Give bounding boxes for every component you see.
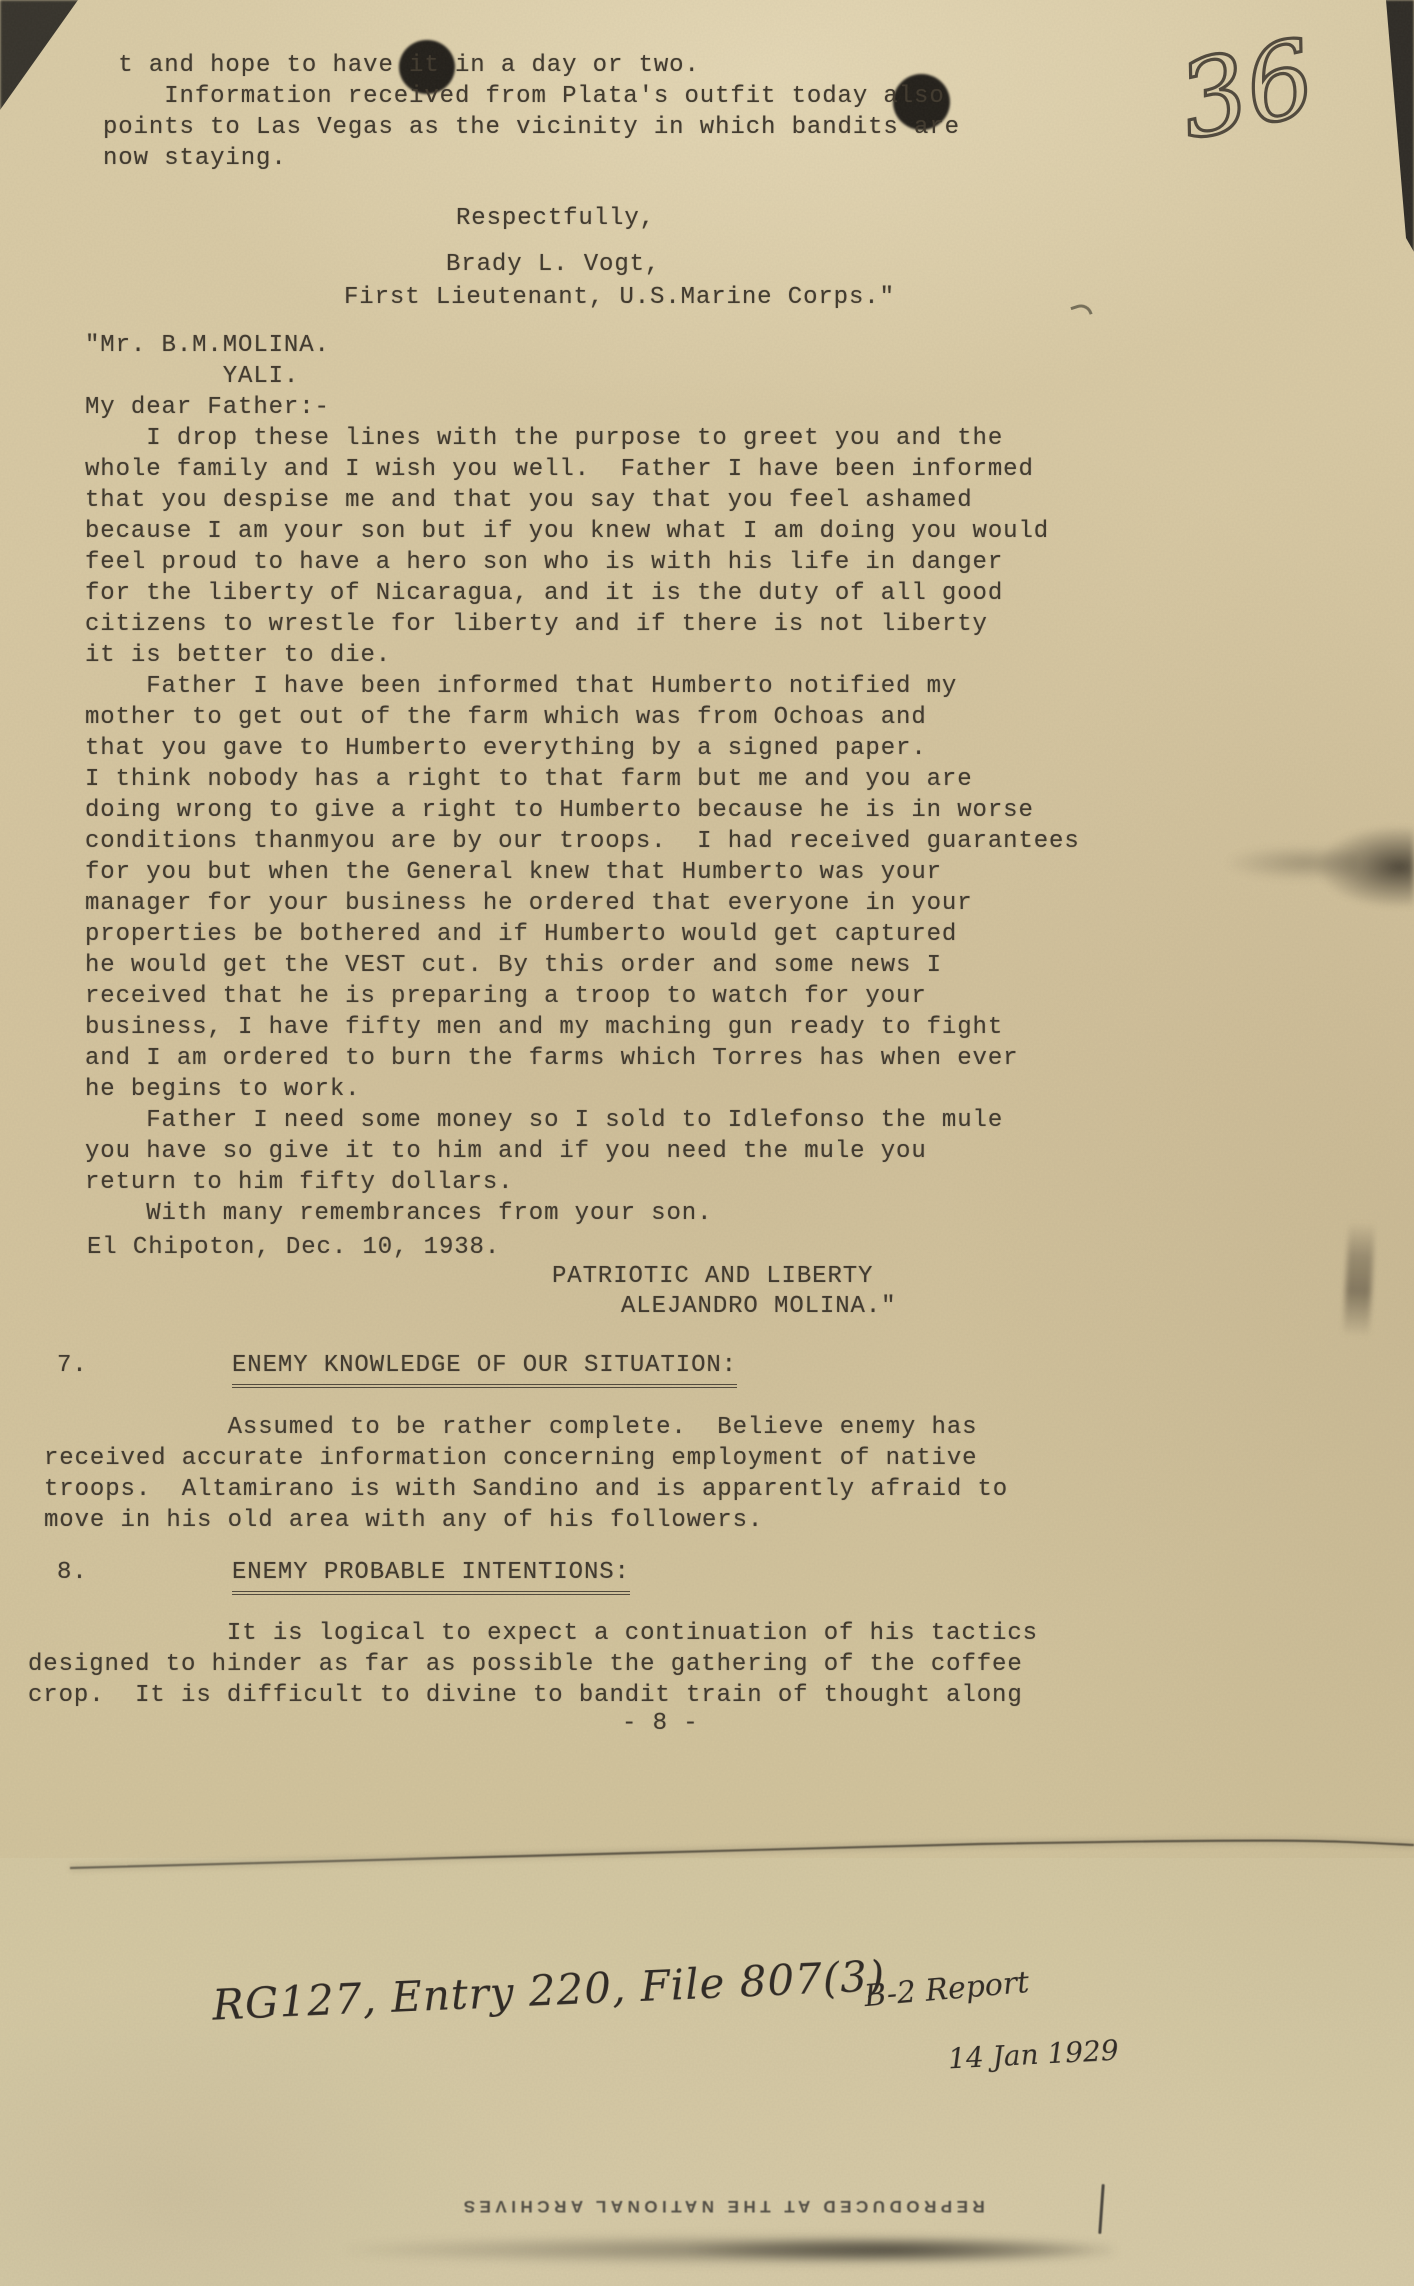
letter-signoff-patriotic: PATRIOTIC AND LIBERTY (552, 1261, 873, 1292)
section-7-heading: ENEMY KNOWLEDGE OF OUR SITUATION: (232, 1350, 737, 1388)
crease-line (0, 1828, 1414, 1898)
handwritten-report-date: 14 Jan 1929 (947, 2034, 1119, 2076)
section-8-body: It is logical to expect a continuation o… (28, 1618, 1038, 1711)
pen-tick-mark (1098, 2184, 1104, 2234)
pencil-page-number-text: 36 (1169, 16, 1325, 163)
handwritten-archive-reference: RG127, Entry 220, File 807(3) (211, 1951, 886, 2029)
scanned-document-page: 36 t and hope to have it in a day or two… (0, 0, 1414, 2286)
pencil-page-number: 36 (1150, 8, 1370, 168)
dark-edge-top-right (1378, 0, 1414, 252)
vogt-closing: Respectfully, (456, 203, 655, 234)
right-edge-smudge-tail (1228, 846, 1358, 880)
section-7-body: Assumed to be rather complete. Believe e… (44, 1412, 1008, 1536)
molina-letter-body: "Mr. B.M.MOLINA. YALI.My dear Father:- I… (85, 330, 1080, 1229)
handwritten-report-label: B-2 Report (863, 1965, 1031, 2014)
torn-corner-top-left (0, 0, 80, 112)
vogt-letter-fragment: t and hope to have it in a day or two. I… (103, 50, 960, 174)
vogt-signature-title: First Lieutenant, U.S.Marine Corps." (344, 282, 895, 313)
letter-dateline: El Chipoton, Dec. 10, 1938. (87, 1232, 500, 1263)
page-number-footer: - 8 - (622, 1708, 699, 1739)
stamp-smudge-dark-core (690, 2238, 1090, 2262)
vogt-signature-name: Brady L. Vogt, (446, 249, 660, 280)
section-7-number: 7. (57, 1350, 88, 1381)
lower-page-tint (0, 1858, 1414, 2286)
section-8-number: 8. (57, 1557, 88, 1588)
stray-pen-mark (1070, 301, 1092, 319)
right-margin-ink-streak (1343, 1221, 1375, 1337)
letter-signoff-name: ALEJANDRO MOLINA." (621, 1291, 896, 1322)
section-8-heading: ENEMY PROBABLE INTENTIONS: (232, 1557, 630, 1595)
national-archives-stamp: REPRODUCED AT THE NATIONAL ARCHIVES (388, 2196, 1056, 2216)
